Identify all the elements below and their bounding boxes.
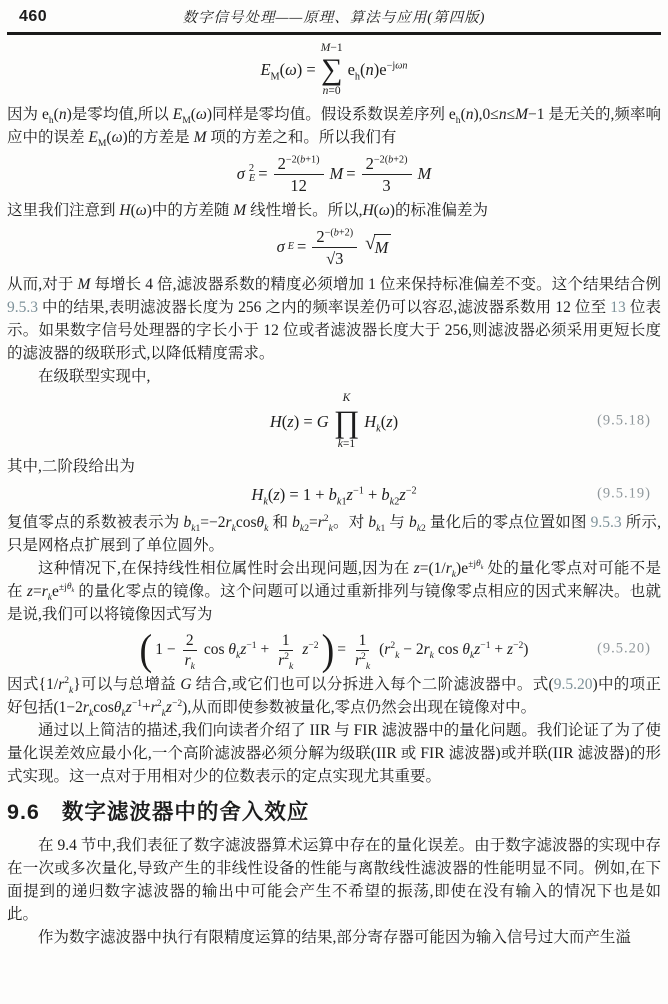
fraction-numerator: 1	[279, 632, 293, 651]
formula-rhs: (r2k − 2rk cos θkz−1 + z−2)	[379, 638, 528, 661]
section-heading: 9.6 数字滤波器中的舍入效应	[7, 797, 661, 827]
equation-number: (9.5.18)	[597, 410, 651, 433]
formula-term: cos θkz−1 +	[204, 638, 269, 661]
sum-lower-limit: n=0	[323, 85, 341, 98]
fraction-numerator: 2−2(b+1)	[274, 154, 324, 175]
radicand: M	[374, 234, 392, 259]
body-paragraph: 其中,二阶段给出为	[7, 455, 661, 478]
sigma-symbol: σ	[277, 235, 285, 258]
fraction: 2−(b+2) √3	[312, 227, 357, 267]
sigma-symbol: σ	[237, 162, 245, 185]
equals-sign: =	[346, 162, 355, 185]
equation-number: (9.5.20)	[597, 638, 651, 661]
sigma-subscript: E	[249, 174, 255, 184]
formula-variance: σ 2 E = 2−2(b+1) 12 M = 2−2(b+2) 3 M	[7, 149, 661, 199]
formula-rhs: Hk(z)	[364, 410, 398, 433]
fraction: 2−2(b+1) 12	[274, 154, 324, 194]
formula-error-spectrum: EM(ω) = M−1 ∑ n=0 eh(n)e−jωn	[7, 35, 661, 103]
section-title: 数字滤波器中的舍入效应	[62, 797, 310, 827]
fraction: 2 rk	[182, 632, 198, 668]
sigma-sub-sup: 2 E	[249, 164, 255, 184]
fraction-denominator: r2k	[275, 651, 296, 668]
sigma-icon: ∑	[321, 55, 342, 85]
fraction-denominator: √3	[326, 248, 343, 267]
formula-rhs: eh(n)e−jωn	[348, 58, 408, 81]
formula-body: Hk(z) = 1 + bk1z−1 + bk2z−2	[251, 483, 416, 506]
body-paragraph: 通过以上简洁的描述,我们向读者介绍了 IIR 与 FIR 滤波器中的量化问题。我…	[7, 719, 661, 788]
fraction-numerator: 2	[183, 632, 197, 651]
factor-m: M	[418, 162, 432, 185]
equals-sign: =	[258, 162, 267, 185]
page-number: 460	[19, 5, 47, 28]
body-paragraph: 因为 eh(n)是零均值,所以 EM(ω)同样是零均值。假设系数误差序列 eh(…	[7, 103, 661, 149]
formula-term: 1 −	[155, 638, 175, 661]
body-paragraph: 这种情况下,在保持线性相位属性时会出现问题,因为在 z=(1/rk)e±jθk …	[7, 557, 661, 626]
body-paragraph: 在级联型实现中,	[7, 365, 661, 388]
fraction-numerator: 2−2(b+2)	[362, 154, 412, 175]
fraction-denominator: 3	[382, 175, 390, 194]
body-paragraph: 这里我们注意到 H(ω)中的方差随 M 线性增长。所以,H(ω)的标准偏差为	[7, 199, 661, 222]
sum-operator: M−1 ∑ n=0	[321, 42, 343, 98]
formula-cascade: H(z) = G K ∏ k=1 Hk(z) (9.5.18)	[7, 388, 661, 455]
formula-term: z−2	[302, 638, 318, 661]
body-paragraph: 因式{1/r2k}可以与总增益 G 结合,或它们也可以分拆进入每个二阶滤波器中。…	[7, 673, 661, 719]
body-paragraph: 从而,对于 M 每增长 4 倍,滤波器系数的精度必须增加 1 位来保持标准偏差不…	[7, 273, 661, 365]
fraction-numerator: 2−(b+2)	[312, 227, 357, 248]
fraction: 1 r2k	[275, 632, 296, 668]
product-operator: K ∏ k=1	[334, 392, 360, 451]
formula-mirror-factor: ( 1 − 2 rk cos θkz−1 + 1 r2k z−2 ) = 1 r…	[7, 626, 661, 673]
fraction-denominator: r2k	[352, 651, 373, 668]
fraction-numerator: 1	[356, 632, 370, 651]
fraction: 2−2(b+2) 3	[362, 154, 412, 194]
square-root: √ M	[365, 234, 391, 259]
formula-lhs: H(z) = G	[270, 410, 329, 433]
formula-std-deviation: σE = 2−(b+2) √3 √ M	[7, 222, 661, 273]
equation-number: (9.5.19)	[597, 483, 651, 506]
body-paragraph: 作为数字滤波器中执行有限精度运算的结果,部分寄存器可能因为输入信号过大而产生溢	[7, 926, 661, 949]
fraction-denominator: rk	[182, 651, 198, 668]
formula-second-order-section: Hk(z) = 1 + bk1z−1 + bk2z−2 (9.5.19)	[7, 478, 661, 511]
factor-m: M	[330, 162, 344, 185]
product-upper-limit: K	[343, 392, 351, 405]
pi-icon: ∏	[334, 405, 360, 438]
page-header: 460 数字信号处理——原理、算法与应用(第四版)	[7, 5, 661, 29]
section-number: 9.6	[7, 797, 40, 827]
equals-sign: =	[337, 638, 346, 661]
formula-lhs: EM(ω) =	[260, 58, 315, 81]
equals-sign: =	[297, 235, 306, 258]
body-paragraph: 复值零点的系数被表示为 bk1=−2rkcosθk 和 bk2=r2k。对 bk…	[7, 511, 661, 557]
fraction-denominator: 12	[290, 175, 307, 194]
running-title: 数字信号处理——原理、算法与应用(第四版)	[7, 5, 661, 30]
textbook-page: 460 数字信号处理——原理、算法与应用(第四版) EM(ω) = M−1 ∑ …	[0, 0, 668, 1004]
body-paragraph: 在 9.4 节中,我们表征了数字滤波器算术运算中存在的量化误差。由于数字滤波器的…	[7, 834, 661, 926]
product-lower-limit: k=1	[338, 438, 355, 451]
fraction: 1 r2k	[352, 632, 373, 668]
